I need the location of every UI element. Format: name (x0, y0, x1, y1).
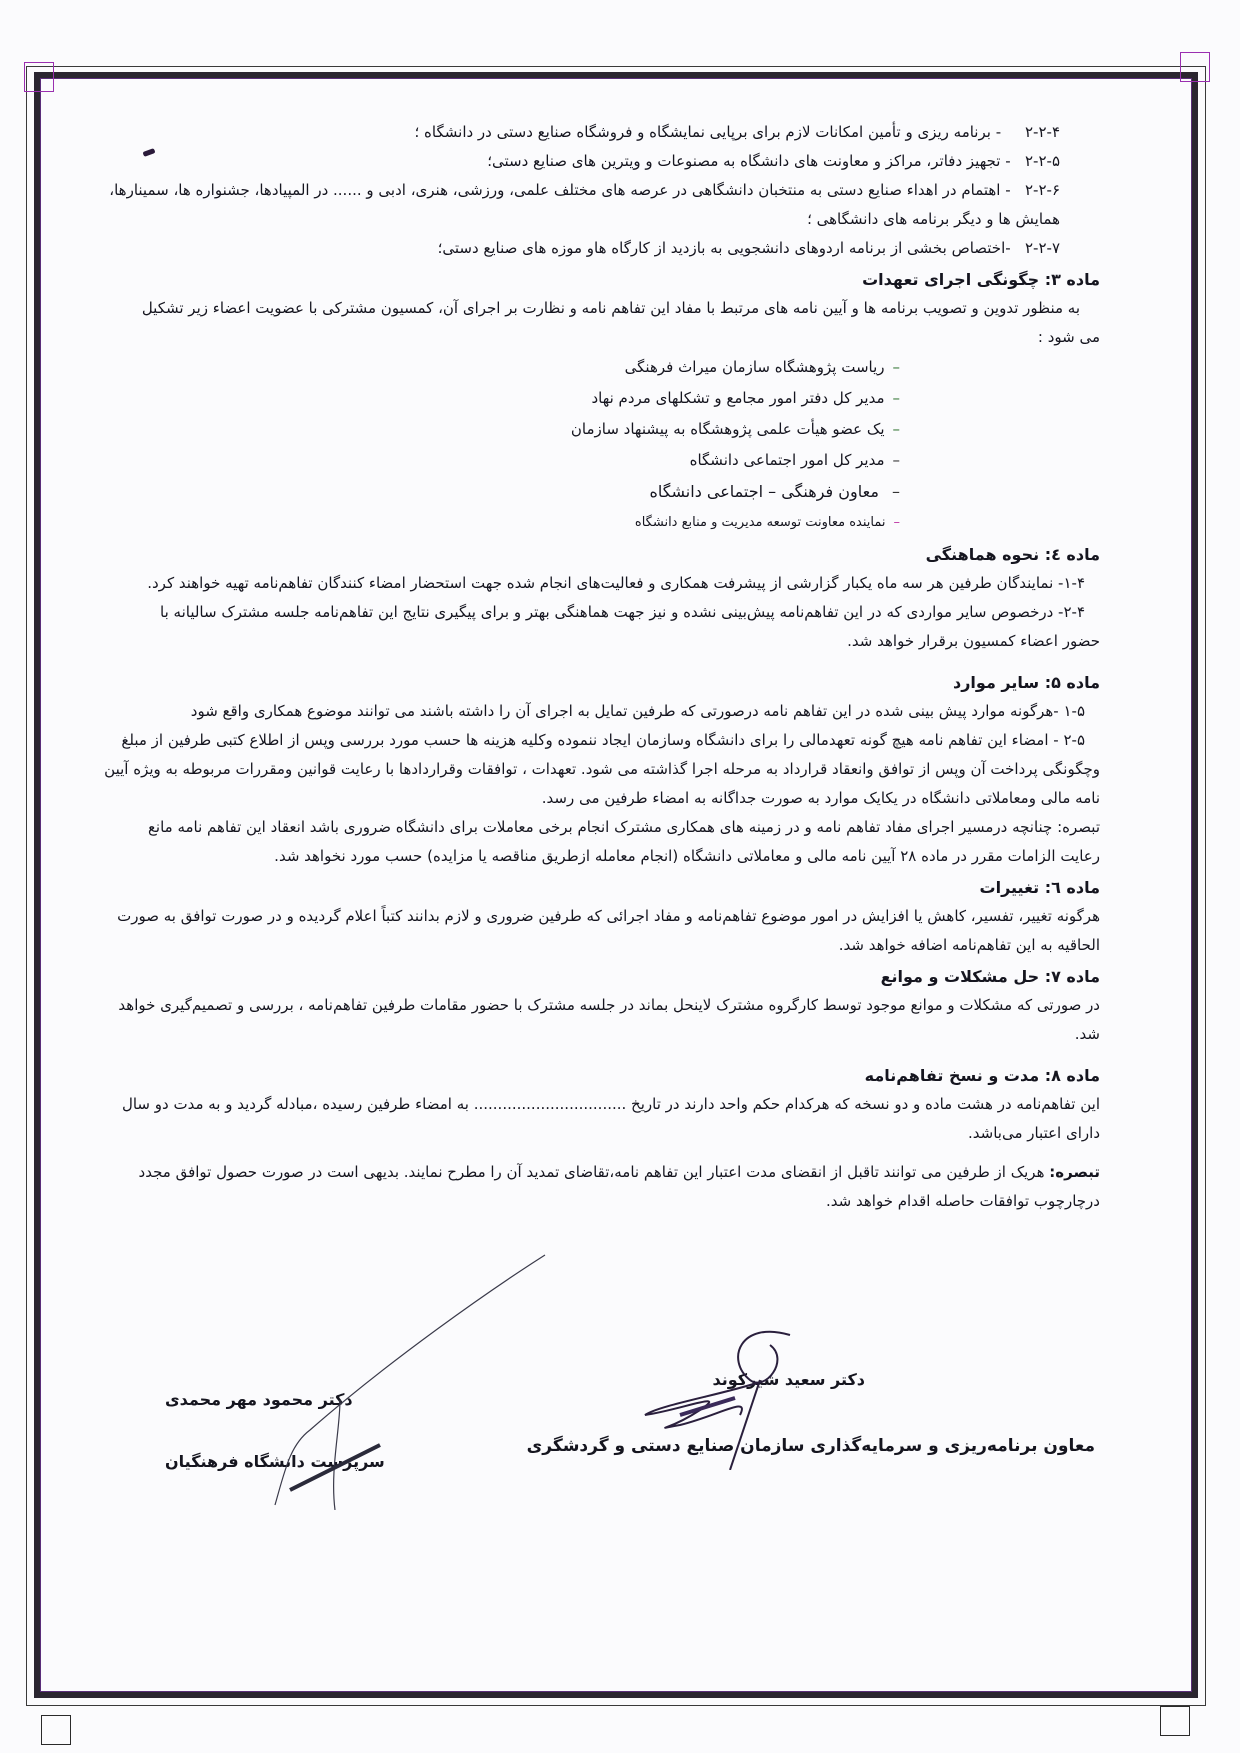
article-8-note: تبصره: هریک از طرفین می توانند تاقبل از … (70, 1158, 1100, 1187)
article-4-heading: ماده ٤: نحوه هماهنگی (70, 540, 1100, 569)
item-text: - برنامه ریزی و تأمین امکانات لازم برای … (415, 123, 1002, 141)
article-8-heading: ماده ۸: مدت و نسخ تفاهم‌نامه (70, 1061, 1100, 1090)
frame-corner-top-right (1180, 52, 1210, 82)
article-4-clause-2: ۲-۴- درخصوص سایر مواردی که در این تفاهم‌… (70, 598, 1100, 627)
item-text: - تجهیز دفاتر، مراکز و معاونت های دانشگا… (487, 152, 1010, 170)
item-text: - اهتمام در اهداء صنایع دستی به منتخبان … (109, 181, 1010, 199)
article-5-note: تبصره: چنانچه درمسیر اجرای مفاد تفاهم نا… (70, 813, 1100, 842)
member-item: –مدیر کل دفتر امور مجامع و تشکلهای مردم … (70, 383, 900, 414)
list-item-2-2-6-continued: همایش ها و دیگر برنامه های دانشگاهی ؛ (70, 205, 1100, 234)
list-item-2-2-4: ۲-۲-۴ - برنامه ریزی و تأمین امکانات لازم… (70, 118, 1100, 147)
article-4-clause-2-cont: حضور اعضاء کمسیون برقرار خواهد شد. (70, 627, 1100, 656)
item-number: ۲-۲-۵ (1025, 152, 1060, 170)
item-number: ۲-۲-۴ (1025, 123, 1060, 141)
article-6-heading: ماده ٦: تغییرات (70, 873, 1100, 902)
frame-corner-bottom-left (41, 1715, 71, 1745)
item-text: -اختصاص بخشی از برنامه اردوهای دانشجویی … (438, 239, 1011, 257)
article-7-text: در صورتی که مشکلات و موانع موجود توسط کا… (70, 991, 1100, 1020)
article-5-heading: ماده ۵: سایر موارد (70, 668, 1100, 697)
section-2-2-list: ۲-۲-۴ - برنامه ریزی و تأمین امکانات لازم… (70, 118, 1100, 263)
signature-block: دکتر سعید شیرکوند معاون برنامه‌ریزی و سر… (110, 1370, 1110, 1490)
article-6-text: هرگونه تغییر، تفسیر، کاهش یا افزایش در ا… (70, 902, 1100, 931)
article-3-heading: ماده ۳: چگونگی اجرای تعهدات (70, 265, 1100, 294)
list-item-2-2-5: ۲-۲-۵ - تجهیز دفاتر، مراکز و معاونت های … (70, 147, 1100, 176)
frame-corner-bottom-right (1160, 1706, 1190, 1736)
member-item: –یک عضو هیأت علمی پژوهشگاه به پیشنهاد سا… (70, 414, 900, 445)
article-8-text-cont: دارای اعتبار می‌باشد. (70, 1119, 1100, 1148)
member-item: –مدیر کل امور اجتماعی دانشگاه (70, 445, 900, 476)
member-item: –نماینده معاونت توسعه مدیریت و منابع دان… (70, 507, 900, 538)
list-item-2-2-6: ۲-۲-۶ - اهتمام در اهداء صنایع دستی به من… (70, 176, 1100, 205)
frame-corner-top-left (24, 62, 54, 92)
signatory-right-title: معاون برنامه‌ریزی و سرمایه‌گذاری سازمان … (527, 1436, 1095, 1456)
article-7-text-cont: شد. (70, 1020, 1100, 1049)
article-7-heading: ماده ۷: حل مشکلات و موانع (70, 962, 1100, 991)
article-3-intro: به منظور تدوین و تصویب برنامه ها و آیین … (70, 294, 1100, 323)
article-8-text: این تفاهم‌نامه در هشت ماده و دو نسخه که … (70, 1090, 1100, 1119)
article-8-note-cont: درچارچوب توافقات حاصله اقدام خواهد شد. (70, 1187, 1100, 1216)
commission-members-list: –ریاست پژوهشگاه سازمان میراث فرهنگی –مدی… (70, 352, 1100, 538)
member-item: – معاون فرهنگی – اجتماعی دانشگاه (70, 476, 900, 507)
article-6-text-cont: الحاقیه به این تفاهم‌نامه اضافه خواهد شد… (70, 931, 1100, 960)
item-number: ۲-۲-۶ (1025, 181, 1060, 199)
article-4-clause-1: ۱-۴- نمایندگان طرفین هر سه ماه یکبار گزا… (70, 569, 1100, 598)
item-number: ۲-۲-۷ (1025, 239, 1060, 257)
article-5-note-cont: رعایت الزامات مقرر در ماده ۲۸ آیین نامه … (70, 842, 1100, 871)
article-5-clause-1: ۱-۵ -هرگونه موارد پیش بینی شده در این تف… (70, 697, 1100, 726)
signatory-left-title: سرپرست دانشگاه فرهنگیان (165, 1452, 385, 1471)
document-body: ۲-۲-۴ - برنامه ریزی و تأمین امکانات لازم… (70, 118, 1100, 1216)
article-5-clause-2-cont: وچگونگی پرداخت آن وپس از توافق وانعقاد ق… (70, 755, 1100, 784)
note-label: تبصره: (1049, 1163, 1100, 1181)
signatory-right-name: دکتر سعید شیرکوند (713, 1370, 865, 1389)
article-5-clause-2-cont2: نامه مالی ومعاملاتی دانشگاه در یکایک موا… (70, 784, 1100, 813)
list-item-2-2-7: ۲-۲-۷ -اختصاص بخشی از برنامه اردوهای دان… (70, 234, 1100, 263)
article-3-intro-cont: می شود : (70, 323, 1100, 352)
member-item: –ریاست پژوهشگاه سازمان میراث فرهنگی (70, 352, 900, 383)
article-5-clause-2: ۲-۵ - امضاء این تفاهم نامه هیچ گونه تعهد… (70, 726, 1100, 755)
signatory-left-name: دکتر محمود مهر محمدی (165, 1390, 353, 1409)
